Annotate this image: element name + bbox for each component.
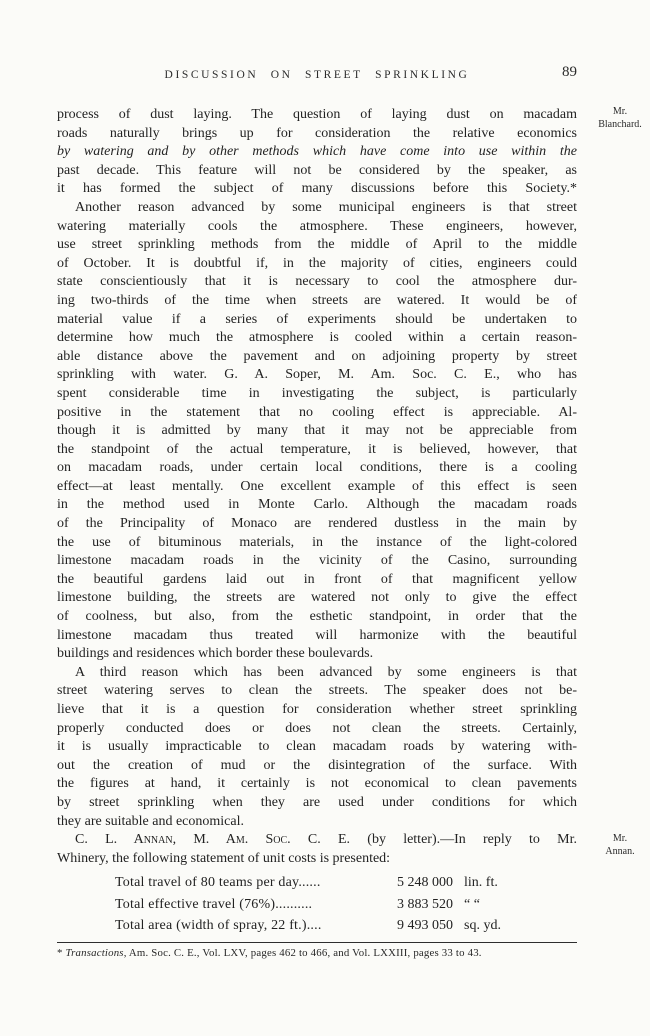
text-line: watering materially cools the atmosphere… [57, 218, 577, 237]
paragraph-cooling-atmosphere: Another reason advanced by some municipa… [57, 199, 577, 664]
text-line: spent considerable time in investigating… [57, 385, 577, 404]
text-line: positive in the statement that no coolin… [57, 404, 577, 423]
text-line: of the Principality of Monaco are render… [57, 515, 577, 534]
text-column: process of dust laying. The question of … [57, 106, 577, 960]
unit-costs-table: Total travel of 80 teams per day...... 5… [57, 872, 577, 937]
text-line: it has formed the subject of many discus… [57, 180, 577, 199]
text-line: the figures at hand, it certainly is not… [57, 775, 577, 794]
text-line: C. L. Annan, M. Am. Soc. C. E. (by lette… [57, 831, 577, 850]
page-number: 89 [57, 64, 577, 81]
table-row: Total area (width of spray, 22 ft.).... … [57, 915, 577, 937]
table-row: Total effective travel (76%).......... 3… [57, 894, 577, 916]
text-line: of October. It is doubtful if, in the ma… [57, 255, 577, 274]
text-segment: (by letter).—In reply to Mr. [350, 832, 577, 847]
margin-note-line: Blanchard. [591, 118, 649, 131]
text-line: limestone macadam thus treated will harm… [57, 627, 577, 646]
table-row: Total travel of 80 teams per day...... 5… [57, 872, 577, 894]
text-line: Another reason advanced by some municipa… [57, 199, 577, 218]
margin-note-annan: Mr. Annan. [591, 832, 649, 858]
text-line: though it is admitted by many that it ma… [57, 422, 577, 441]
text-line: street watering serves to clean the stre… [57, 682, 577, 701]
text-line: state conscientiously that it is necessa… [57, 273, 577, 292]
text-line: process of dust laying. The question of … [57, 106, 577, 125]
margin-note-line: Annan. [591, 845, 649, 858]
table-row-value: 5 248 000 [397, 872, 453, 894]
table-row-label: Total effective travel (76%).......... [115, 894, 312, 916]
footnote-marker: * [57, 947, 66, 959]
table-row-unit: “ “ [464, 894, 480, 916]
text-line: buildings and residences which border th… [57, 645, 577, 664]
text-line: out the creation of mud or the disintegr… [57, 757, 577, 776]
margin-note-line: Mr. [591, 105, 649, 118]
text-line: able distance above the pavement and on … [57, 348, 577, 367]
paragraph-cleaning-streets: A third reason which has been advanced b… [57, 664, 577, 831]
text-line: in the method used in Monte Carlo. Altho… [57, 496, 577, 515]
text-line: use street sprinkling methods from the m… [57, 236, 577, 255]
text-line: they are suitable and economical. [57, 813, 577, 832]
table-row-unit: lin. ft. [464, 872, 498, 894]
text-line: roads naturally brings up for considerat… [57, 125, 577, 144]
text-line: it is usually impracticable to clean mac… [57, 738, 577, 757]
table-row-label: Total area (width of spray, 22 ft.).... [115, 915, 322, 937]
text-line: limestone macadam roads in the vicinity … [57, 552, 577, 571]
text-line: sprinkling with water. G. A. Soper, M. A… [57, 366, 577, 385]
text-line: by watering and by other methods which h… [57, 143, 577, 162]
table-row-label: Total travel of 80 teams per day...... [115, 872, 321, 894]
footnote-italic-title: Transactions [66, 947, 124, 959]
text-line: material value if a series of experiment… [57, 311, 577, 330]
table-row-unit: sq. yd. [464, 915, 501, 937]
text-line: effect—at least mentally. One excellent … [57, 478, 577, 497]
table-row-value: 9 493 050 [397, 915, 453, 937]
table-row-value: 3 883 520 [397, 894, 453, 916]
margin-note-line: Mr. [591, 832, 649, 845]
text-line: limestone building, the streets are wate… [57, 589, 577, 608]
text-line: Whinery, the following statement of unit… [57, 850, 577, 869]
text-line: on macadam roads, under certain local co… [57, 459, 577, 478]
text-line: past decade. This feature will not be co… [57, 162, 577, 181]
text-line: the use of bituminous materials, in the … [57, 534, 577, 553]
margin-note-blanchard: Mr. Blanchard. [591, 105, 649, 131]
text-line: A third reason which has been advanced b… [57, 664, 577, 683]
text-line: by street sprinkling when they are used … [57, 794, 577, 813]
text-line: the standpoint of the actual temperature… [57, 441, 577, 460]
footnote-text: , Am. Soc. C. E., Vol. LXV, pages 462 to… [124, 947, 482, 959]
text-line: of coolness, but also, from the esthetic… [57, 608, 577, 627]
text-segment: C. L. Annan, M. Am. Soc. C. E. [75, 832, 350, 847]
text-line: lieve that it is a question for consider… [57, 701, 577, 720]
text-line: the beautiful gardens laid out in front … [57, 571, 577, 590]
paragraph-dust-laying: process of dust laying. The question of … [57, 106, 577, 199]
text-line: determine how much the atmosphere is coo… [57, 329, 577, 348]
text-line: ing two-thirds of the time when streets … [57, 292, 577, 311]
footnote: * Transactions, Am. Soc. C. E., Vol. LXV… [57, 942, 577, 960]
paragraph-annan-reply: C. L. Annan, M. Am. Soc. C. E. (by lette… [57, 831, 577, 868]
scanned-book-page: DISCUSSION ON STREET SPRINKLING 89 Mr. B… [0, 0, 650, 1036]
text-line: properly conducted does or does not clea… [57, 720, 577, 739]
